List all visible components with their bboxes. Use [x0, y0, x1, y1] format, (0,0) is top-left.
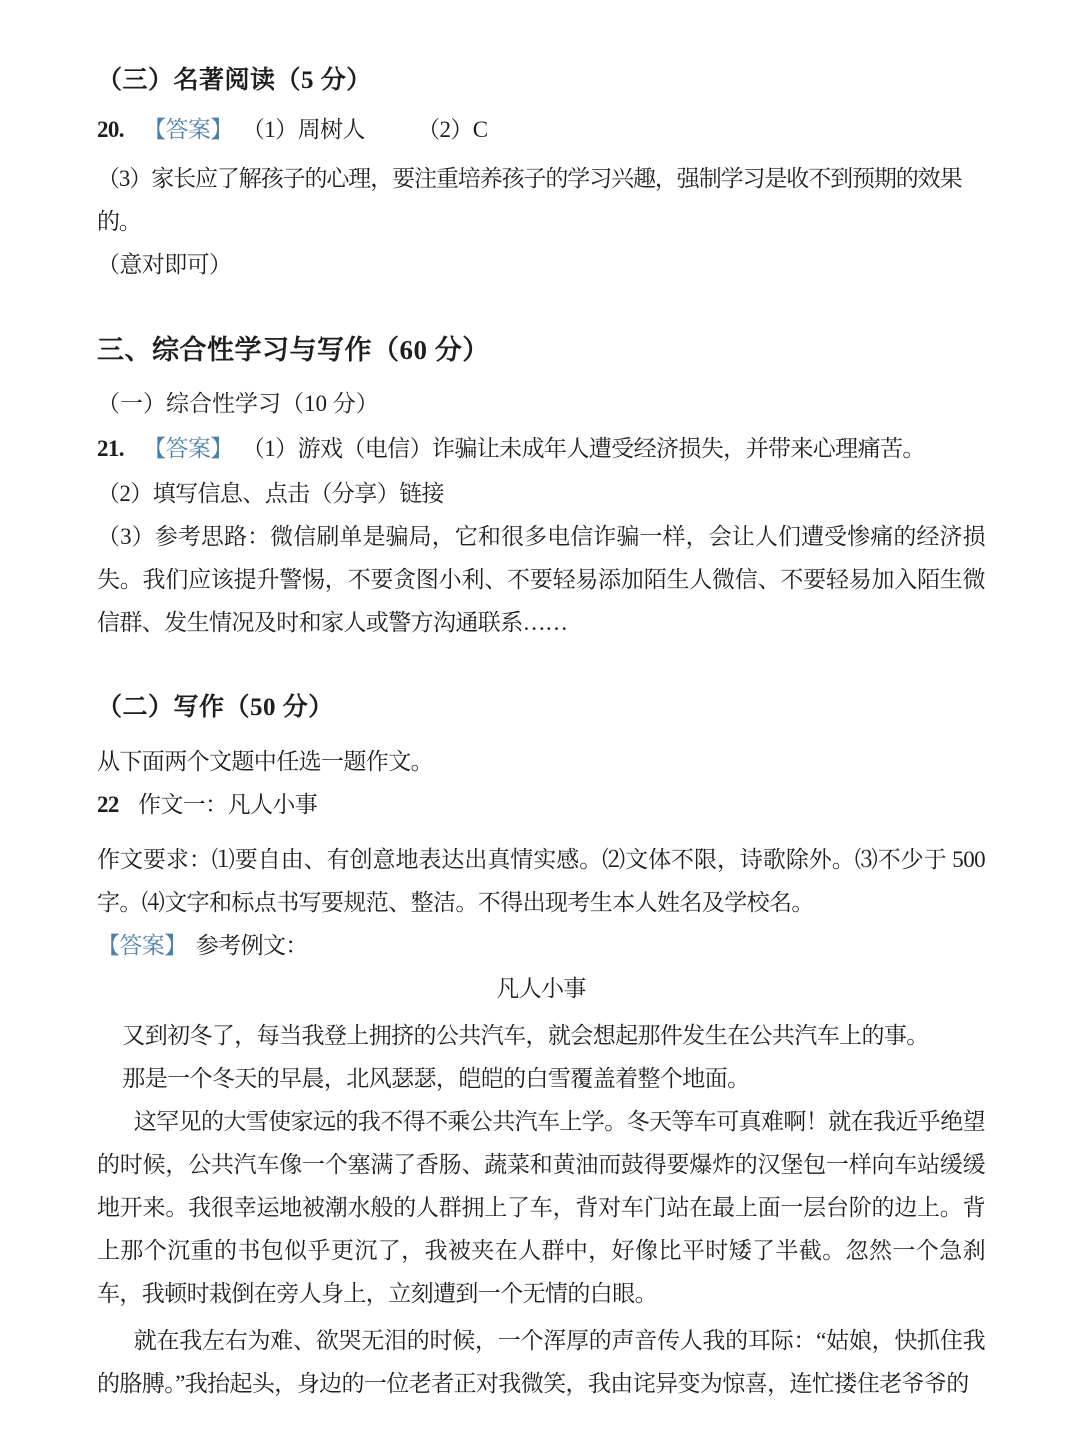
q21-part1: （1）游戏（电信）诈骗让未成年人遭受经济损失，并带来心理痛苦。: [242, 436, 925, 461]
writing-intro: 从下面两个文题中任选一题作文。: [97, 740, 985, 783]
essay-paragraph-2: 那是一个冬天的早晨，北风瑟瑟，皑皑的白雪覆盖着整个地面。: [97, 1057, 985, 1100]
q22-requirements: 作文要求：⑴要自由、有创意地表达出真情实感。⑵文体不限，诗歌除外。⑶不少于 50…: [97, 838, 985, 924]
section-heading-writing: （二）写作（50 分）: [97, 686, 985, 729]
q21-part2: （2）填写信息、点击（分享）链接: [97, 472, 985, 515]
q22-answer-intro: 参考例文：: [196, 933, 308, 958]
q20-answer-badge: 【答案】: [143, 117, 233, 142]
q22-answer-line: 【答案】 参考例文：: [97, 924, 985, 967]
essay-title: 凡人小事: [97, 967, 985, 1010]
q20-number: 20.: [97, 117, 124, 142]
q20-part2: （2）C: [417, 117, 487, 142]
q20-part3: （3）家长应了解孩子的心理，要注重培养孩子的学习兴趣，强制学习是收不到预期的效果…: [97, 157, 985, 243]
q22-topic-line: 22 作文一：凡人小事: [97, 783, 985, 826]
q20-answer-line: 20. 【答案】 （1）周树人 （2）C: [97, 108, 985, 151]
section-heading-comprehensive: 三、综合性学习与写作（60 分）: [97, 329, 985, 372]
subsection-heading-comprehensive-study: （一）综合性学习（10 分）: [97, 382, 985, 425]
q22-answer-badge: 【答案】: [97, 933, 187, 958]
q22-number: 22: [97, 792, 119, 817]
q21-number: 21.: [97, 436, 124, 461]
q20-part1: （1）周树人: [242, 117, 365, 142]
essay-paragraph-3: 这罕见的大雪使家远的我不得不乘公共汽车上学。冬天等车可真难啊！就在我近乎绝望的时…: [97, 1100, 985, 1315]
q21-part3: （3）参考思路：微信刷单是骗局，它和很多电信诈骗一样，会让人们遭受惨痛的经济损失…: [97, 515, 985, 644]
q21-answer-badge: 【答案】: [143, 436, 233, 461]
section-heading-reading: （三）名著阅读（5 分）: [97, 59, 985, 102]
q22-topic: 作文一：凡人小事: [138, 792, 317, 817]
q21-answer-line: 21. 【答案】 （1）游戏（电信）诈骗让未成年人遭受经济损失，并带来心理痛苦。: [97, 427, 985, 470]
essay-paragraph-1: 又到初冬了，每当我登上拥挤的公共汽车，就会想起那件发生在公共汽车上的事。: [97, 1014, 985, 1057]
q20-note: （意对即可）: [97, 243, 985, 286]
exam-answer-page: （三）名著阅读（5 分） 20. 【答案】 （1）周树人 （2）C （3）家长应…: [0, 0, 1079, 1456]
essay-paragraph-4: 就在我左右为难、欲哭无泪的时候，一个浑厚的声音传人我的耳际：“姑娘，快抓住我的胳…: [97, 1319, 985, 1405]
